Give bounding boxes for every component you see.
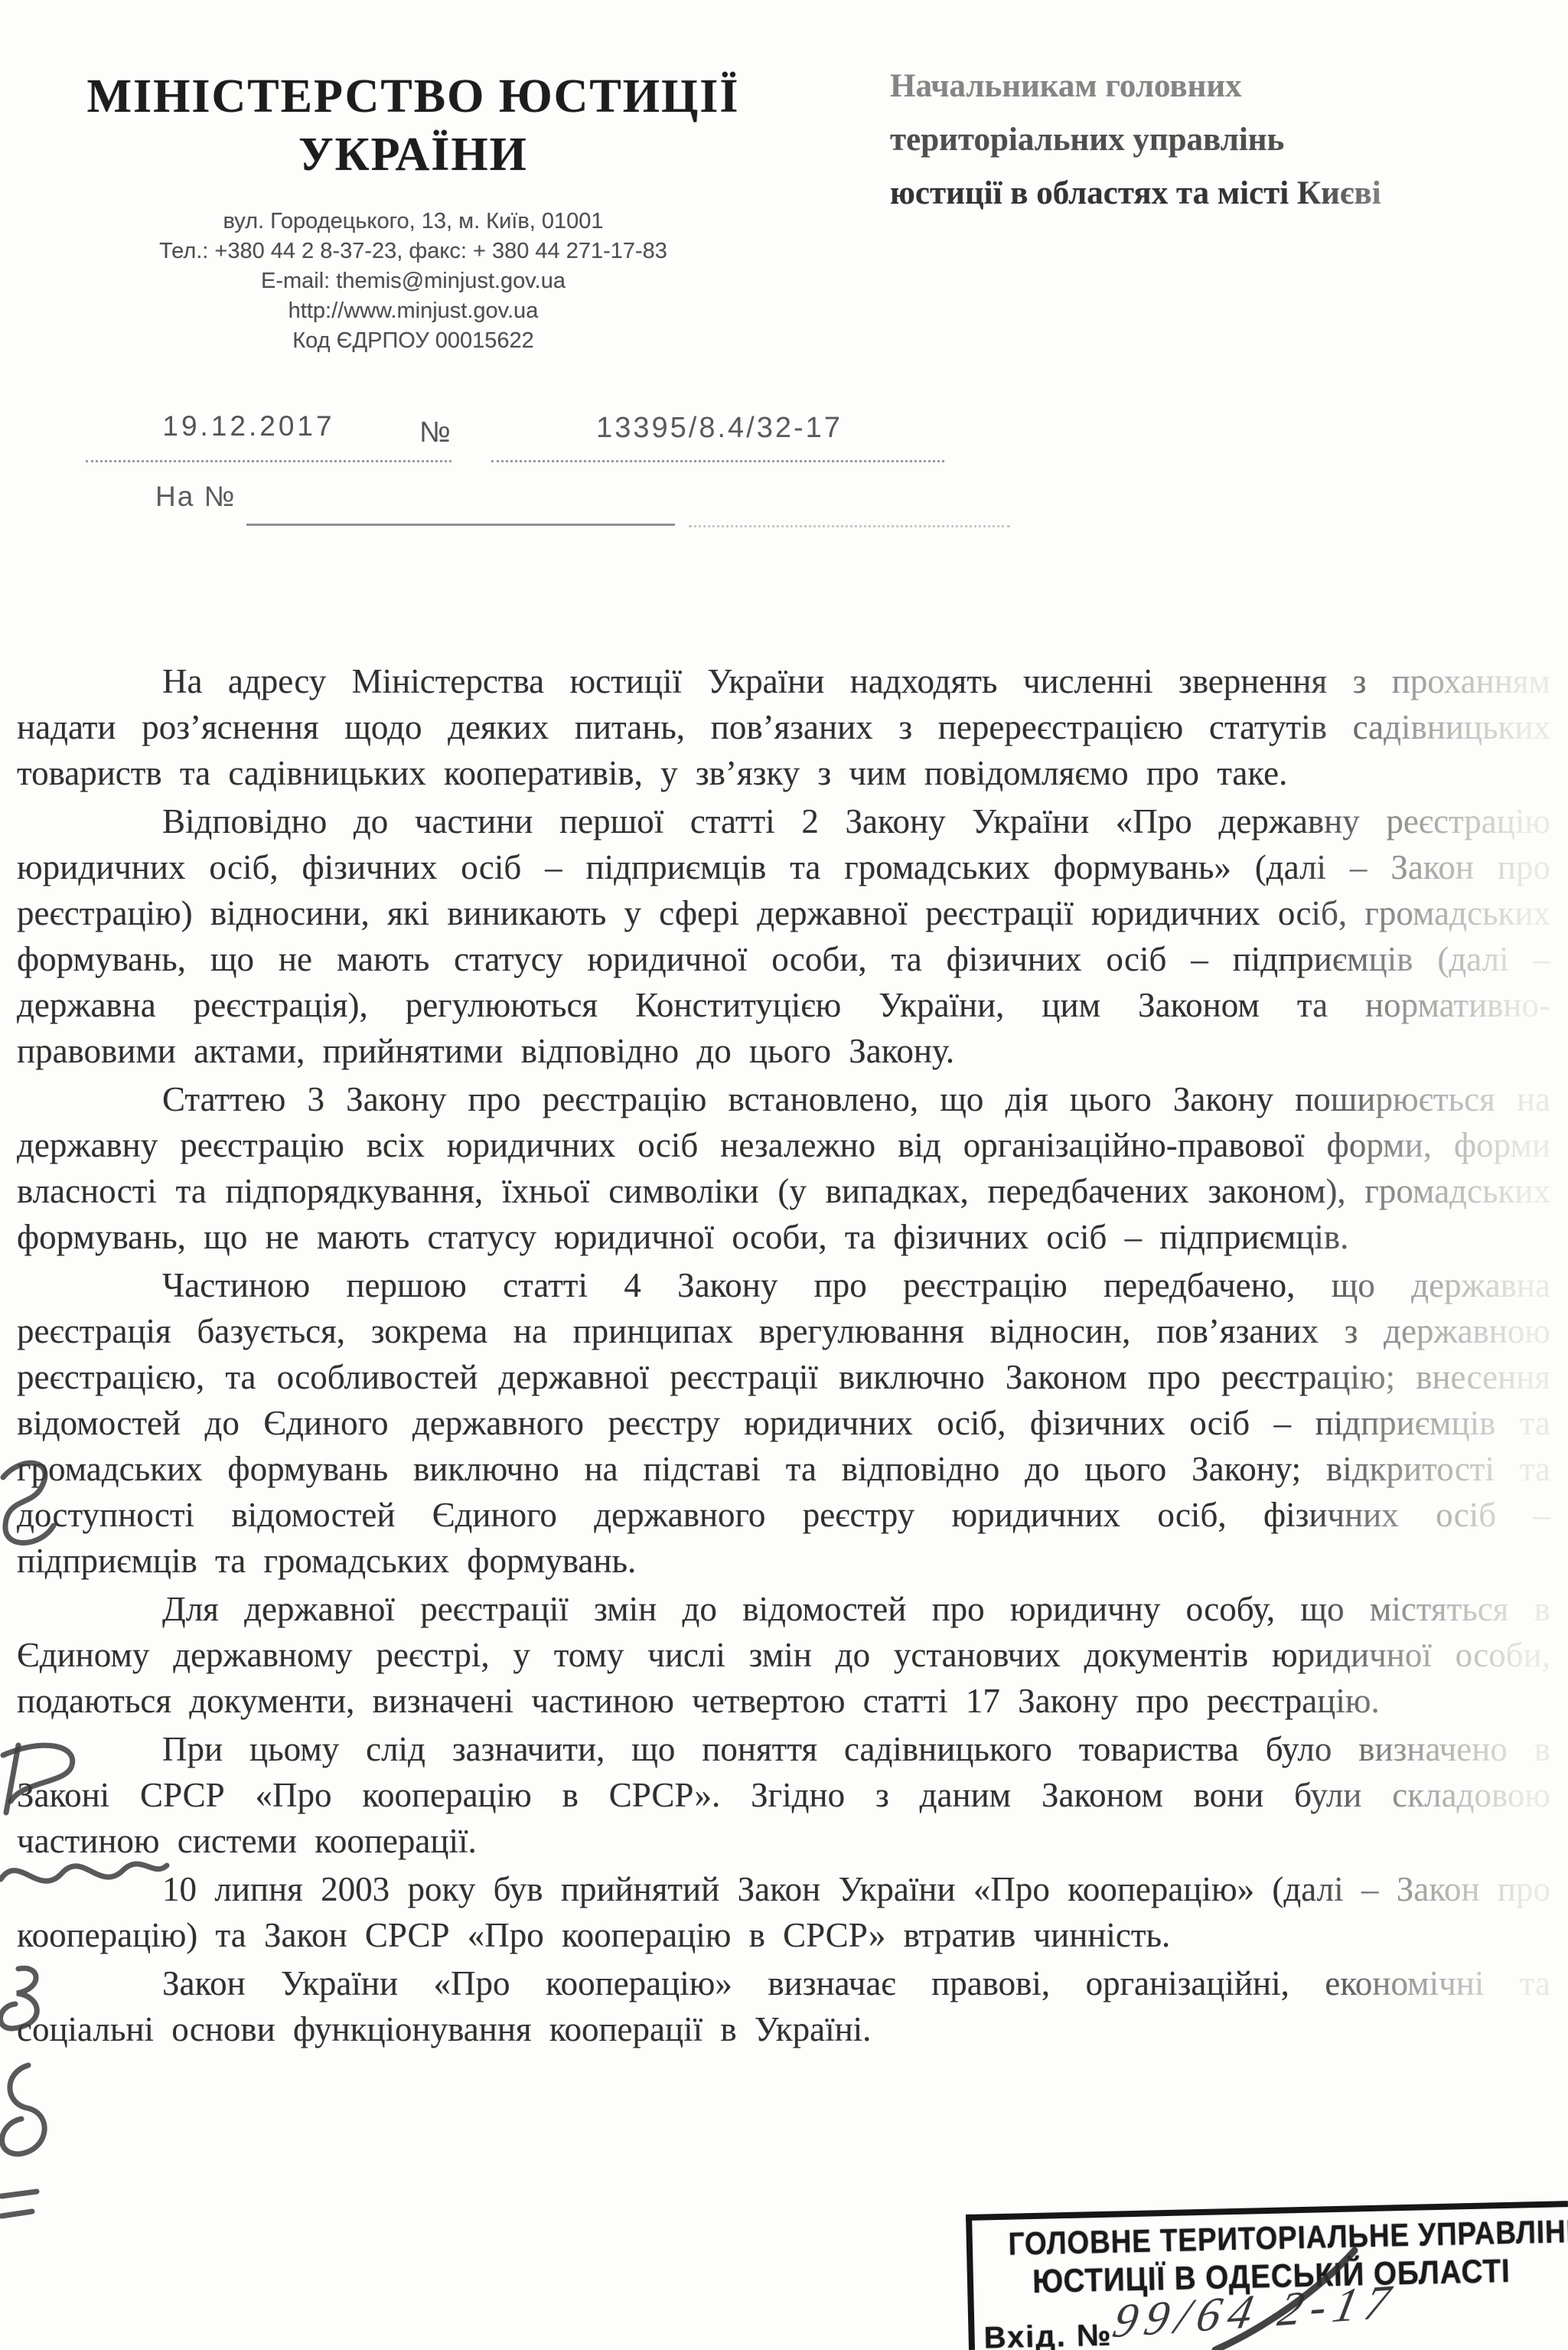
ministry-title-line1: МІНІСТЕРСТВО ЮСТИЦІЇ [77,67,750,126]
margin-scribble-2 [0,1736,104,1820]
body-paragraph: 10 липня 2003 року був прийнятий Закон У… [17,1866,1550,1958]
sender-email: E-mail: themis@minjust.gov.ua [77,266,750,296]
reply-to-label: На № [155,481,236,513]
letter-number: 13395/8.4/32-17 [497,412,941,445]
body-paragraph: Для державної реєстрації змін до відомос… [17,1586,1550,1724]
reply-underline-faded [689,525,1010,527]
scanned-letter-page: МІНІСТЕРСТВО ЮСТИЦІЇ УКРАЇНИ вул. Городе… [0,0,1568,2350]
letter-date: 19.12.2017 [145,410,352,442]
body-paragraph: При цьому слід зазначити, що поняття сад… [17,1726,1550,1864]
sender-address: вул. Городецького, 13, м. Київ, 01001 [77,207,750,237]
sender-contacts: вул. Городецького, 13, м. Київ, 01001 Те… [77,207,750,356]
number-underline [491,460,944,462]
number-label: № [419,416,451,449]
addressee-line: Начальникам головних [890,60,1563,113]
date-underline [86,460,451,462]
margin-scribble-3 [0,1841,173,1910]
margin-scribble-1 [0,1451,80,1565]
sender-website: http://www.minjust.gov.ua [77,296,750,326]
body-paragraph: Закон України «Про кооперацію» визначає … [17,1960,1550,2052]
body-paragraph: Статтею 3 Закону про реєстрацію встановл… [17,1076,1550,1260]
body-paragraph: Частиною першою статті 4 Закону про реєс… [17,1262,1550,1584]
letter-body: На адресу Міністерства юстиції України н… [17,658,1550,2055]
addressee-line: юстиції в областях та місті Києві [890,167,1563,220]
sender-letterhead: МІНІСТЕРСТВО ЮСТИЦІЇ УКРАЇНИ вул. Городе… [77,67,750,356]
sender-phone-fax: Тел.: +380 44 2 8-37-23, факс: + 380 44 … [77,237,750,266]
addressee-block: Начальникам головнихтериторіальних управ… [890,60,1563,220]
stamp-entry-label: Вхід. № [983,2319,1113,2350]
reply-underline [246,524,675,526]
sender-edrpou: Код ЄДРПОУ 00015622 [77,326,750,356]
addressee-line: територіальних управлінь [890,113,1563,167]
body-paragraph: Відповідно до частини першої статті 2 За… [17,798,1550,1074]
margin-scribble-4 [0,1960,57,2044]
ministry-title-line2: УКРАЇНИ [77,126,750,184]
stamp-pen-slash [1194,2247,1393,2350]
margin-scribble-6 [0,2185,51,2231]
body-paragraph: На адресу Міністерства юстиції України н… [17,658,1550,796]
margin-scribble-5 [0,2059,63,2174]
